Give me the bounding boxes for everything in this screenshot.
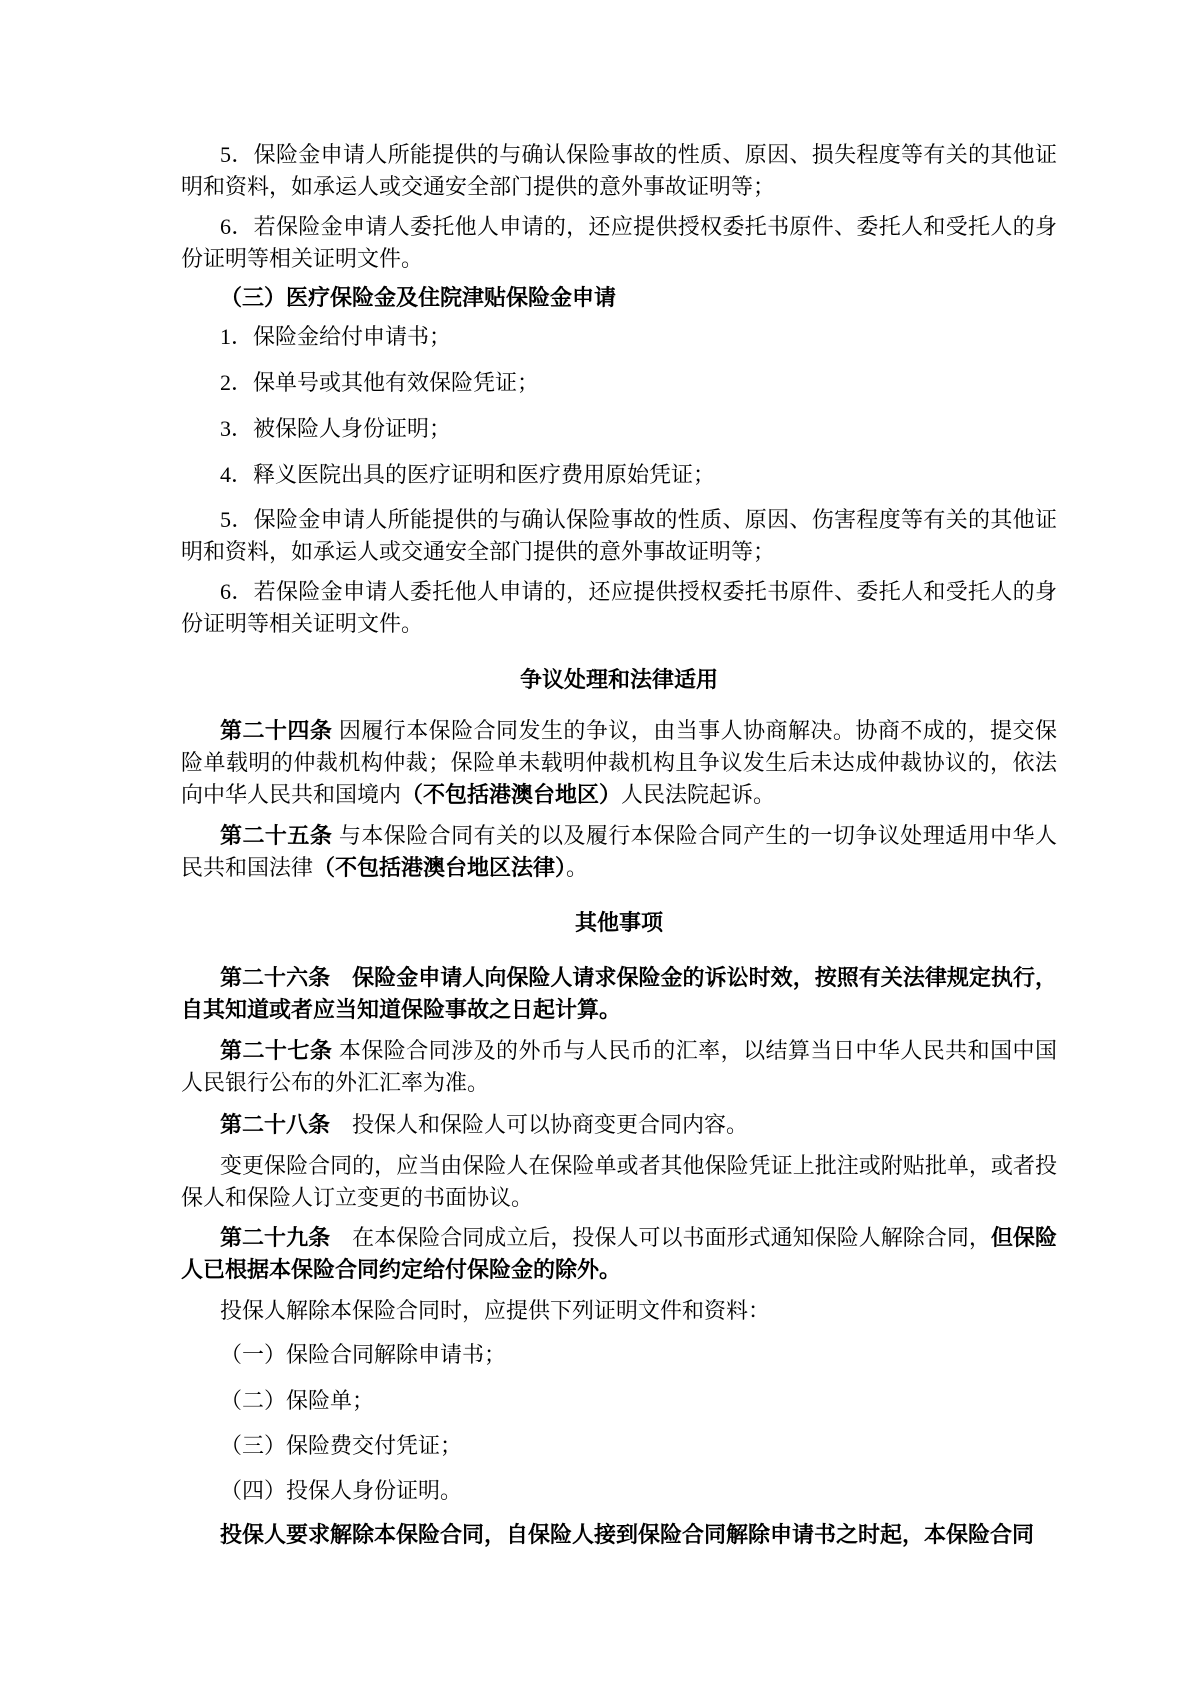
subheading-medical-claim: （三）医疗保险金及住院津贴保险金申请 xyxy=(181,282,1057,314)
section-heading-dispute-law: 争议处理和法律适用 xyxy=(181,664,1057,696)
bold-text-run: （三）医疗保险金及住院津贴保险金申请 xyxy=(220,285,616,310)
text-run: 。 xyxy=(566,855,588,880)
text-run: 2．保单号或其他有效保险凭证； xyxy=(220,370,539,395)
text-run: 6．若保险金申请人委托他人申请的，还应提供授权委托书原件、委托人和受托人的身份证… xyxy=(181,214,1057,271)
rescind-doc-item-3: （三）保险费交付凭证； xyxy=(181,1430,1057,1462)
text-run: 变更保险合同的，应当由保险人在保险单或者其他保险凭证上批注或附贴批单，或者投保人… xyxy=(181,1153,1057,1210)
claim-item-5-death: 5．保险金申请人所能提供的与确认保险事故的性质、原因、损失程度等有关的其他证明和… xyxy=(181,139,1057,203)
clause-27: 第二十七条 本保险合同涉及的外币与人民币的汇率，以结算当日中华人民共和国中国人民… xyxy=(181,1035,1057,1099)
text-run: 1．保险金给付申请书； xyxy=(220,324,451,349)
medical-claim-item-6: 6．若保险金申请人委托他人申请的，还应提供授权委托书原件、委托人和受托人的身份证… xyxy=(181,576,1057,640)
text-run: （二）保险单； xyxy=(220,1388,374,1413)
bold-text-run: （不包括港澳台地区） xyxy=(401,782,621,807)
text-run: 5．保险金申请人所能提供的与确认保险事故的性质、原因、损失程度等有关的其他证明和… xyxy=(181,142,1057,199)
clause-26: 第二十六条 保险金申请人向保险人请求保险金的诉讼时效，按照有关法律规定执行，自其… xyxy=(181,962,1057,1026)
clause-28-para-2: 变更保险合同的，应当由保险人在保险单或者其他保险凭证上批注或附贴批单，或者投保人… xyxy=(181,1150,1057,1214)
rescind-doc-item-2: （二）保险单； xyxy=(181,1385,1057,1417)
text-run: 投保人和保险人可以协商变更合同内容。 xyxy=(352,1112,748,1137)
text-run: 在本保险合同成立后，投保人可以书面形式通知保险人解除合同， xyxy=(352,1225,991,1250)
bold-text-run: 第二十五条 xyxy=(220,823,339,848)
rescind-doc-item-1: （一）保险合同解除申请书； xyxy=(181,1339,1057,1371)
medical-claim-item-4: 4．释义医院出具的医疗证明和医疗费用原始凭证； xyxy=(181,459,1057,491)
clause-29-para-2: 投保人解除本保险合同时，应提供下列证明文件和资料： xyxy=(181,1295,1057,1327)
clause-24: 第二十四条 因履行本保险合同发生的争议，由当事人协商解决。协商不成的，提交保险单… xyxy=(181,715,1057,811)
bold-text-run: 第二十七条 xyxy=(220,1038,339,1063)
text-run: （一）保险合同解除申请书； xyxy=(220,1342,506,1367)
medical-claim-item-3: 3．被保险人身份证明； xyxy=(181,413,1057,445)
clause-29-para-3: 投保人要求解除本保险合同，自保险人接到保险合同解除申请书之时起，本保险合同 xyxy=(181,1519,1057,1551)
text-run: 6．若保险金申请人委托他人申请的，还应提供授权委托书原件、委托人和受托人的身份证… xyxy=(181,579,1057,636)
bold-text-run: 第二十九条 xyxy=(220,1225,352,1250)
bold-text-run: 第二十八条 xyxy=(220,1112,352,1137)
medical-claim-item-2: 2．保单号或其他有效保险凭证； xyxy=(181,367,1057,399)
section-heading-other-matters: 其他事项 xyxy=(181,907,1057,939)
bold-text-run: 第二十六条 保险金申请人向保险人请求保险金的诉讼时效，按照有关法律规定执行，自其… xyxy=(181,965,1057,1022)
text-run: 人民法院起诉。 xyxy=(621,782,775,807)
rescind-doc-item-4: （四）投保人身份证明。 xyxy=(181,1475,1057,1507)
bold-text-run: 第二十四条 xyxy=(220,718,339,743)
text-run: 5．保险金申请人所能提供的与确认保险事故的性质、原因、伤害程度等有关的其他证明和… xyxy=(181,507,1057,564)
medical-claim-item-1: 1．保险金给付申请书； xyxy=(181,321,1057,353)
claim-item-6-death: 6．若保险金申请人委托他人申请的，还应提供授权委托书原件、委托人和受托人的身份证… xyxy=(181,211,1057,275)
clause-28: 第二十八条 投保人和保险人可以协商变更合同内容。 xyxy=(181,1109,1057,1141)
text-run: 投保人解除本保险合同时，应提供下列证明文件和资料： xyxy=(220,1298,770,1323)
document-page: { "page": { "background_color": "#ffffff… xyxy=(0,0,1191,1684)
clause-29: 第二十九条 在本保险合同成立后，投保人可以书面形式通知保险人解除合同，但保险人已… xyxy=(181,1222,1057,1286)
text-run: 4．释义医院出具的医疗证明和医疗费用原始凭证； xyxy=(220,462,715,487)
text-run: 3．被保险人身份证明； xyxy=(220,416,451,441)
text-run: （四）投保人身份证明。 xyxy=(220,1478,462,1503)
bold-text-run: 争议处理和法律适用 xyxy=(520,667,718,692)
clause-25: 第二十五条 与本保险合同有关的以及履行本保险合同产生的一切争议处理适用中华人民共… xyxy=(181,820,1057,884)
bold-text-run: （不包括港澳台地区法律） xyxy=(313,855,566,880)
medical-claim-item-5: 5．保险金申请人所能提供的与确认保险事故的性质、原因、伤害程度等有关的其他证明和… xyxy=(181,504,1057,568)
bold-text-run: 其他事项 xyxy=(575,910,663,935)
document-body: 5．保险金申请人所能提供的与确认保险事故的性质、原因、损失程度等有关的其他证明和… xyxy=(181,139,1057,1551)
text-run: （三）保险费交付凭证； xyxy=(220,1433,462,1458)
bold-text-run: 投保人要求解除本保险合同，自保险人接到保险合同解除申请书之时起，本保险合同 xyxy=(220,1522,1034,1547)
